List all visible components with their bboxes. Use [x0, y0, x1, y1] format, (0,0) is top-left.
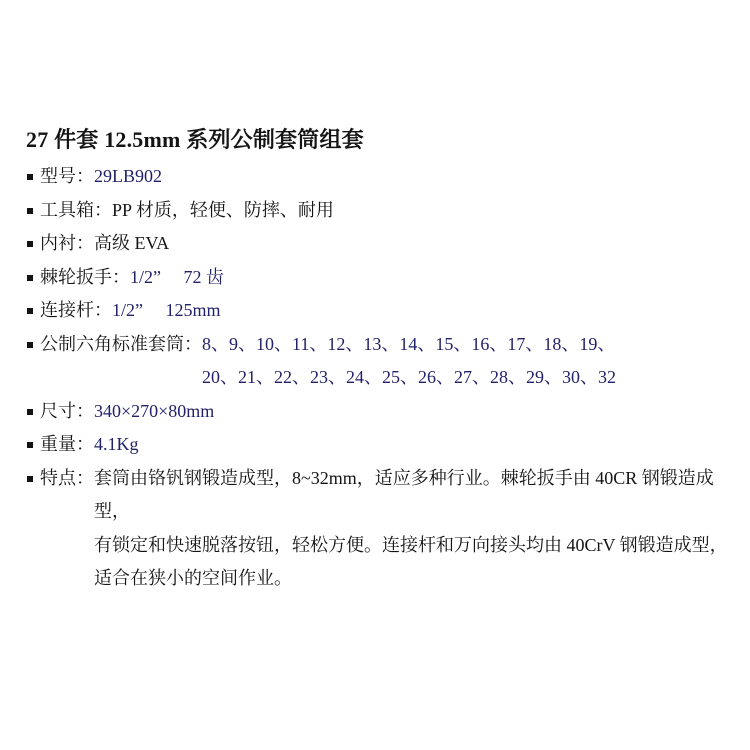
spec-value: 高级 EVA — [94, 227, 169, 261]
bullet-icon — [27, 442, 33, 448]
bullet-icon — [27, 476, 33, 482]
spec-row-features: 特点： 套筒由铬钒钢锻造成型，8~32mm，适应多种行业。棘轮扳手由 40CR … — [26, 462, 732, 596]
features-line-2: 有锁定和快速脱落按钮，轻松方便。连接杆和万向接头均由 40CrV 钢锻造成型， — [94, 529, 732, 563]
bullet-icon — [27, 409, 33, 415]
bullet-icon — [27, 342, 33, 348]
spec-label: 棘轮扳手： — [40, 261, 130, 295]
spec-label: 工具箱： — [40, 194, 112, 228]
spec-value: 340×270×80mm — [94, 395, 214, 429]
bullet-icon — [27, 241, 33, 247]
spec-row-ratchet: 棘轮扳手： 1/2” 72 齿 — [26, 261, 732, 295]
spec-label: 型号： — [40, 160, 94, 194]
spec-value: 29LB902 — [94, 160, 162, 194]
spec-label: 尺寸： — [40, 395, 94, 429]
spec-label: 特点： — [40, 462, 94, 496]
features-line-1: 套筒由铬钒钢锻造成型，8~32mm，适应多种行业。棘轮扳手由 40CR 钢锻造成… — [94, 462, 732, 529]
features-line-3: 适合在狭小的空间作业。 — [94, 562, 732, 596]
bullet-icon — [27, 174, 33, 180]
page-title: 27 件套 12.5mm 系列公制套筒组套 — [26, 122, 732, 158]
document-page: 27 件套 12.5mm 系列公制套筒组套 型号： 29LB902 工具箱： P… — [0, 0, 750, 750]
bullet-icon — [27, 275, 33, 281]
spec-label: 重量： — [40, 428, 94, 462]
spec-value: 1/2” 72 齿 — [130, 261, 224, 295]
spec-row-model: 型号： 29LB902 — [26, 160, 732, 194]
bullet-icon — [27, 308, 33, 314]
spec-label: 连接杆： — [40, 294, 112, 328]
socket-sizes-line-1: 8、9、10、11、12、13、14、15、16、17、18、19、 — [202, 328, 616, 362]
spec-document: 27 件套 12.5mm 系列公制套筒组套 型号： 29LB902 工具箱： P… — [26, 122, 732, 596]
spec-value: 1/2” 125mm — [112, 294, 221, 328]
socket-sizes-line-2: 20、21、22、23、24、25、26、27、28、29、30、32 — [202, 361, 616, 395]
spec-value: 4.1Kg — [94, 428, 139, 462]
spec-value: PP 材质，轻便、防摔、耐用 — [112, 194, 334, 228]
spec-row-extension-bar: 连接杆： 1/2” 125mm — [26, 294, 732, 328]
spec-row-socket-sizes: 公制六角标准套筒： 8、9、10、11、12、13、14、15、16、17、18… — [26, 328, 732, 395]
spec-row-weight: 重量： 4.1Kg — [26, 428, 732, 462]
spec-row-lining: 内衬： 高级 EVA — [26, 227, 732, 261]
spec-row-toolbox: 工具箱： PP 材质，轻便、防摔、耐用 — [26, 194, 732, 228]
spec-label: 公制六角标准套筒： — [40, 328, 202, 362]
spec-value-multiline: 套筒由铬钒钢锻造成型，8~32mm，适应多种行业。棘轮扳手由 40CR 钢锻造成… — [94, 462, 732, 596]
spec-row-dimensions: 尺寸： 340×270×80mm — [26, 395, 732, 429]
spec-label: 内衬： — [40, 227, 94, 261]
bullet-icon — [27, 208, 33, 214]
spec-value-multiline: 8、9、10、11、12、13、14、15、16、17、18、19、 20、21… — [202, 328, 616, 395]
